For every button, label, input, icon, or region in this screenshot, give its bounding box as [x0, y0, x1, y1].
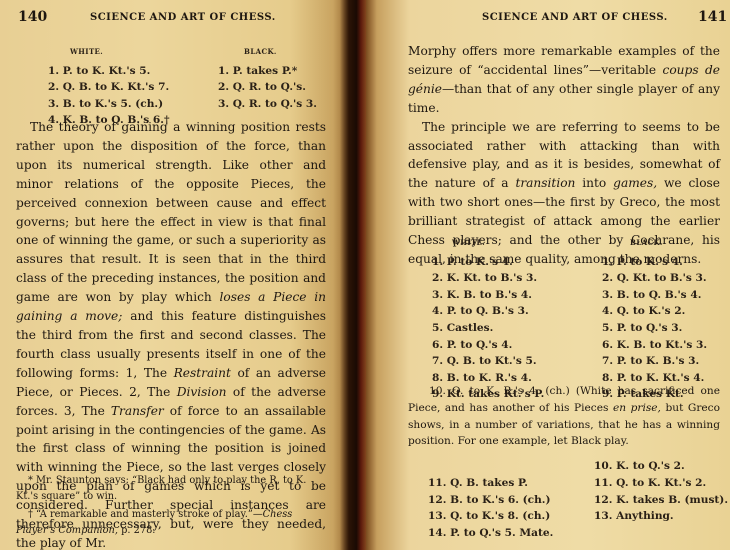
move: 3. Q. R. to Q.'s 3. [218, 96, 338, 113]
italic-text: Transfer [111, 404, 164, 418]
annotation-note: 10. Q. to K. R.'s 4. (ch.) (White has sa… [408, 383, 720, 450]
footnotes: * Mr. Staunton says: “Black had only to … [16, 473, 326, 539]
move: 6. K. B. to Kt.'s 3. [602, 337, 722, 354]
move: 5. P. to Q.'s 3. [602, 320, 722, 337]
left-page: 140 SCIENCE AND ART OF CHESS. WHITE. 1. … [0, 0, 362, 550]
italic-text: Restraint [174, 366, 231, 380]
black-moves-column: BLACK. 1. P. takes P.* 2. Q. R. to Q.'s.… [218, 44, 338, 112]
footnote-star: * Mr. Staunton says: “Black had only to … [16, 473, 326, 505]
move: 11. Q. to K. Kt.'s 2. [594, 475, 724, 492]
white-moves-column: WHITE. 1. P. to K. Kt.'s 5. 2. Q. B. to … [48, 44, 188, 129]
move: 7. P. to K. B.'s 3. [602, 353, 722, 370]
italic-text: transition [515, 176, 575, 190]
move: 3. K. B. to B.'s 4. [432, 287, 592, 304]
move: 2. Q. R. to Q.'s. [218, 79, 338, 96]
move: 6. P. to Q.'s 4. [432, 337, 592, 354]
white-moves-column-2: 11. Q. B. takes P. 12. B. to K.'s 6. (ch… [428, 475, 588, 541]
black-move-10: 10. K. to Q.'s 2. [594, 458, 724, 475]
italic-text: games, [613, 176, 657, 190]
move: 1. P. to K.'s 4. [432, 254, 592, 271]
text-run: The theory of gaining a winning position… [16, 120, 326, 304]
text-run: p. 278. [118, 525, 155, 536]
italic-text: Division [177, 385, 227, 399]
move: 4. Q. to K.'s 2. [602, 303, 722, 320]
move: 12. B. to K.'s 6. (ch.) [428, 492, 588, 509]
move: 5. Castles. [432, 320, 592, 337]
move: 7. Q. B. to Kt.'s 5. [432, 353, 592, 370]
black-moves-column-2: 11. Q. to K. Kt.'s 2. 12. K. takes B. (m… [594, 475, 724, 525]
move: 2. Q. Kt. to B.'s 3. [602, 270, 722, 287]
black-header: BLACK. [602, 235, 722, 252]
running-head: SCIENCE AND ART OF CHESS. [482, 12, 668, 23]
page-number: 140 [18, 9, 47, 25]
book-spread: 140 SCIENCE AND ART OF CHESS. WHITE. 1. … [0, 0, 730, 550]
move: 1. P. to K. Kt.'s 5. [48, 63, 188, 80]
white-header: WHITE. [432, 235, 592, 252]
move: 4. P. to Q. B.'s 3. [432, 303, 592, 320]
page-number: 141 [698, 9, 727, 25]
move: 1. P. to K.'s 4. [602, 254, 722, 271]
text-run: † “A remarkable and masterly stroke of p… [28, 509, 263, 520]
move: 2. K. Kt. to B.'s 3. [432, 270, 592, 287]
move: 10. K. to Q.'s 2. [594, 458, 724, 475]
move: 13. Anything. [594, 508, 724, 525]
move: 3. B. to Q. B.'s 4. [602, 287, 722, 304]
text-run: into [575, 176, 613, 190]
move: 11. Q. B. takes P. [428, 475, 588, 492]
white-header: WHITE. [48, 44, 188, 61]
right-page: SCIENCE AND ART OF CHESS. 141 Morphy off… [366, 0, 730, 550]
running-head: SCIENCE AND ART OF CHESS. [90, 12, 276, 23]
move: 13. Q. to K.'s 8. (ch.) [428, 508, 588, 525]
italic-text: en prise, [613, 402, 661, 414]
black-header: BLACK. [218, 44, 338, 61]
move: 3. B. to K.'s 5. (ch.) [48, 96, 188, 113]
text-run: —than that of any other single player of… [408, 82, 720, 115]
move: 12. K. takes B. (must). [594, 492, 724, 509]
footnote-dagger: † “A remarkable and masterly stroke of p… [16, 507, 326, 539]
white-moves-column: WHITE. 1. P. to K.'s 4. 2. K. Kt. to B.'… [432, 235, 592, 403]
black-moves-column: BLACK. 1. P. to K.'s 4. 2. Q. Kt. to B.'… [602, 235, 722, 403]
move: 14. P. to Q.'s 5. Mate. [428, 525, 588, 542]
move: 1. P. takes P.* [218, 63, 338, 80]
move: 2. Q. B. to K. Kt.'s 7. [48, 79, 188, 96]
